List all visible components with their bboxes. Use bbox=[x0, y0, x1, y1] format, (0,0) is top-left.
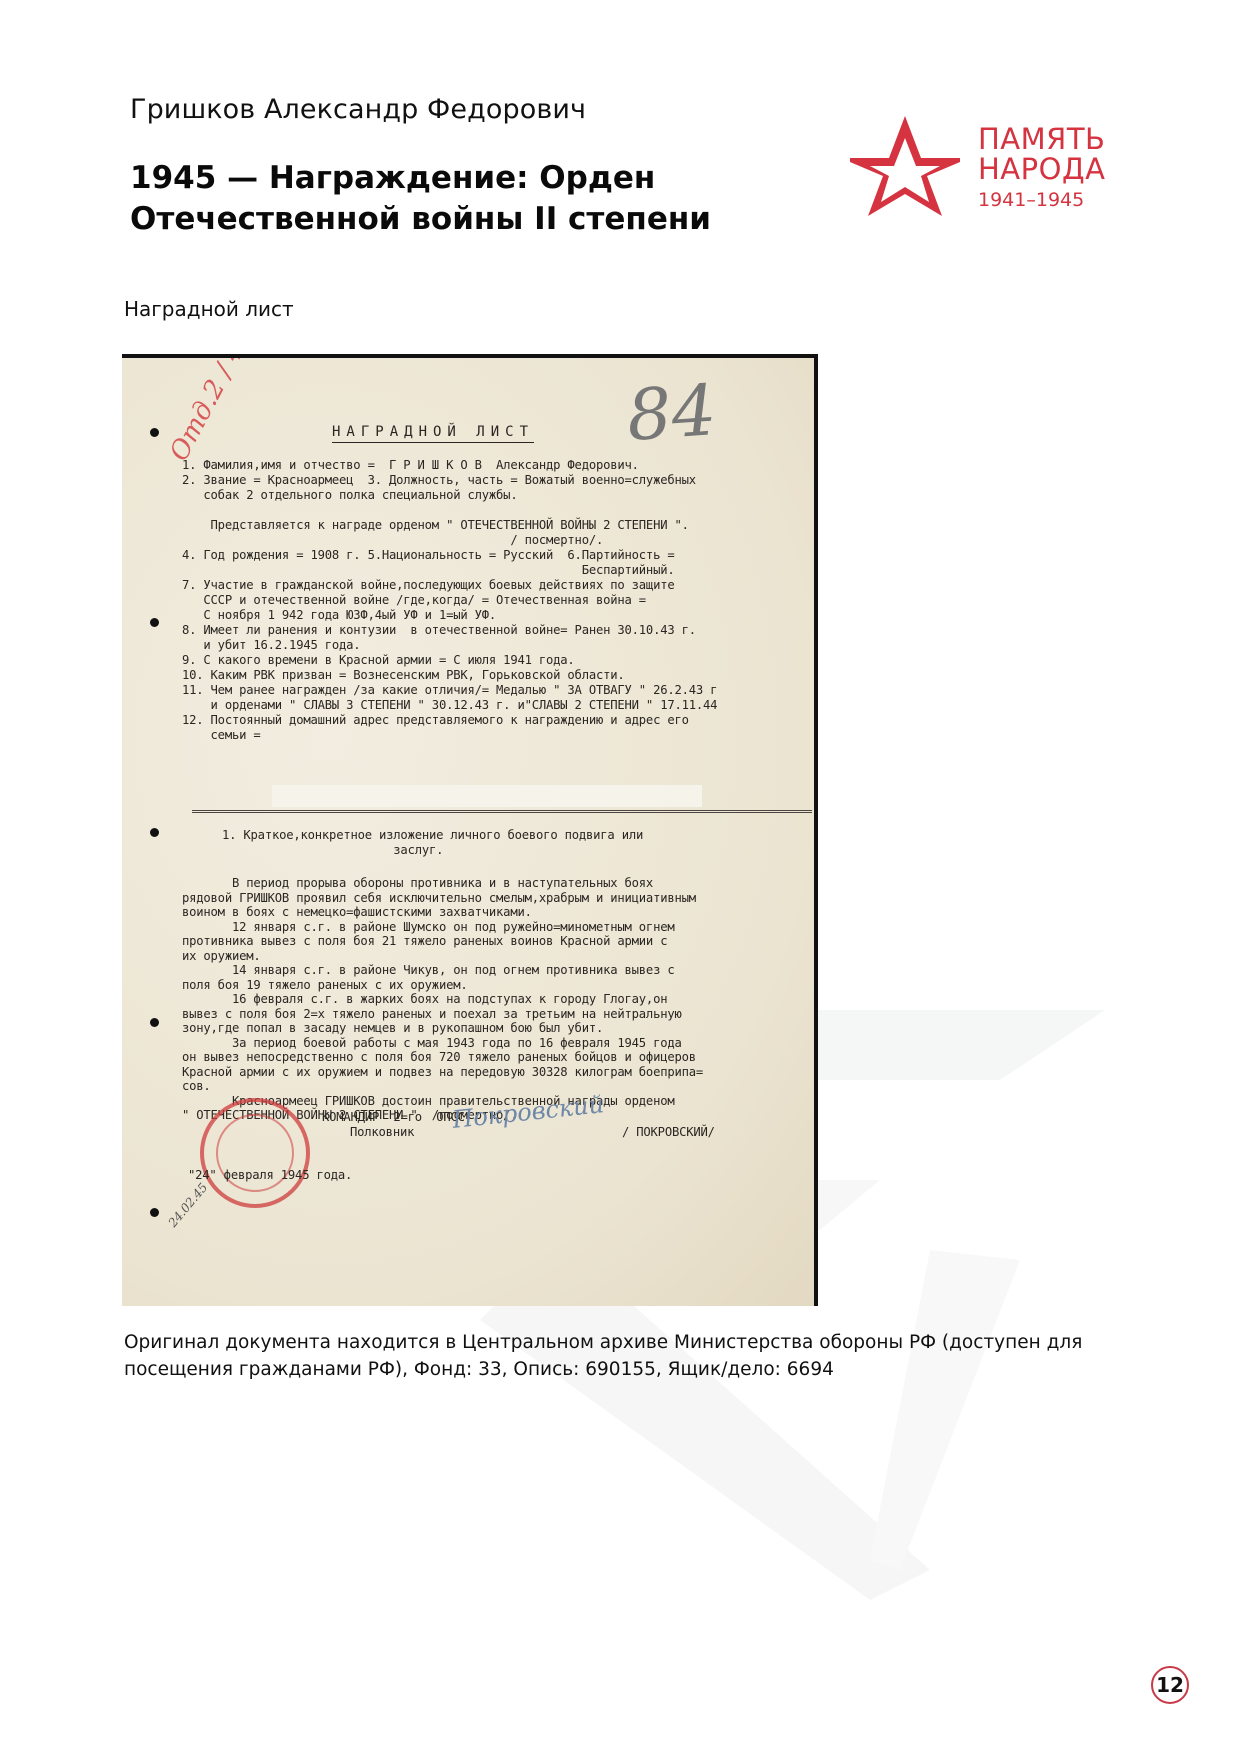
page-number: 12 bbox=[1151, 1666, 1189, 1704]
punch-hole bbox=[150, 1018, 159, 1027]
address-redaction bbox=[272, 785, 702, 807]
section-label: Наградной лист bbox=[124, 297, 294, 321]
document-narrative: В период прорыва обороны противника и в … bbox=[182, 876, 703, 1123]
handwritten-number: 84 bbox=[624, 369, 719, 457]
section-separator bbox=[192, 810, 812, 813]
award-sheet-scan: Отд.2 / 4501 84 НАГРАДНОЙ ЛИСТ 1. Фамили… bbox=[122, 354, 818, 1306]
red-seal-stamp bbox=[200, 1098, 310, 1208]
punch-hole bbox=[150, 618, 159, 627]
logo-text: ПАМЯТЬ НАРОДА 1941–1945 bbox=[978, 124, 1105, 213]
signature-position: КОМАНДИР 2=го ОПСС bbox=[322, 1110, 465, 1125]
document-heading: НАГРАДНОЙ ЛИСТ bbox=[332, 424, 534, 443]
pamyat-naroda-logo[interactable]: ПАМЯТЬ НАРОДА 1941–1945 bbox=[850, 114, 1120, 224]
document-section-heading: 1. Краткое,конкретное изложение личного … bbox=[222, 828, 643, 858]
award-title: 1945 — Награждение: Орден Отечественной … bbox=[130, 158, 770, 240]
person-name: Гришков Александр Федорович bbox=[130, 94, 586, 125]
logo-line-2: НАРОДА bbox=[978, 154, 1105, 184]
archive-source-note: Оригинал документа находится в Центральн… bbox=[124, 1329, 1124, 1383]
punch-hole bbox=[150, 1208, 159, 1217]
red-star-icon bbox=[850, 114, 960, 219]
punch-hole bbox=[150, 828, 159, 837]
signature-rank: Полковник bbox=[350, 1125, 414, 1140]
document-fields: 1. Фамилия,имя и отчество = Г Р И Ш К О … bbox=[182, 458, 717, 743]
signature-name: / ПОКРОВСКИЙ/ bbox=[622, 1125, 715, 1140]
logo-line-1: ПАМЯТЬ bbox=[978, 124, 1105, 154]
document-date: "24" февраля 1945 года. bbox=[188, 1168, 352, 1183]
punch-hole bbox=[150, 428, 159, 437]
logo-years: 1941–1945 bbox=[978, 187, 1105, 213]
